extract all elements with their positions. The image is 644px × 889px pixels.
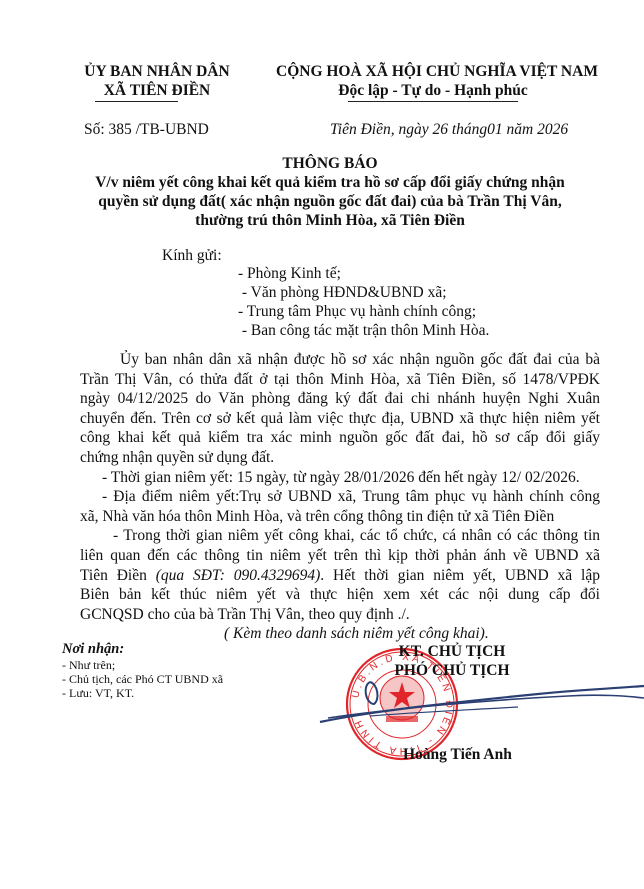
posting-place: xã, Nhà văn hóa thôn Minh Hòa, và trên c… — [80, 507, 600, 527]
signer-title-2: PHÓ CHỦ TỊCH — [372, 661, 532, 680]
national-motto: CỘNG HOÀ XÃ HỘI CHỦ NGHĨA VIỆT NAM Độc l… — [276, 62, 590, 100]
body-line: GCNQSD cho của bà Trần Thị Vân, theo quy… — [80, 605, 600, 625]
handwritten-signature-icon — [318, 680, 644, 730]
body-line: công khai kết quả kiểm tra xác minh nguồ… — [80, 428, 600, 448]
agency-line-2: XÃ TIÊN ĐIỀN — [72, 81, 242, 100]
body-line: Biên bản kết thúc niêm yết và thực hiện … — [80, 585, 600, 605]
agency-underline — [95, 101, 178, 102]
recipient-item: - Ban công tác mặt trận thôn Minh Hòa. — [238, 321, 489, 340]
signer-name: Hoàng Tiến Anh — [403, 746, 512, 764]
agency-line-1: ỦY BAN NHÂN DÂN — [72, 62, 242, 81]
body-line: Ủy ban nhân dân xã nhận được hồ sơ xác n… — [80, 350, 600, 370]
body-line: ngày 04/12/2025 do Văn phòng đăng ký đất… — [80, 389, 600, 409]
motto-underline — [348, 101, 518, 102]
recipients-label: Kính gửi: — [162, 246, 222, 266]
posting-time: - Thời gian niêm yết: 15 ngày, từ ngày 2… — [80, 468, 600, 488]
nation-line-1: CỘNG HOÀ XÃ HỘI CHỦ NGHĨA VIỆT NAM — [276, 62, 590, 81]
body-paragraph-1: Ủy ban nhân dân xã nhận được hồ sơ xác n… — [80, 350, 600, 644]
body-line: chứng nhận quyền sử dụng đất. — [80, 448, 600, 468]
distribution-item: - Lưu: VT, KT. — [62, 686, 223, 700]
body-line: liên quan đến các thông tin niêm yết trê… — [80, 546, 600, 566]
title-main: THÔNG BÁO — [50, 154, 610, 173]
hotline-phone: (qua SĐT: 090.4329694) — [156, 567, 321, 584]
body-text: . Hết thời gian niêm yết, UBND xã lập — [320, 567, 600, 584]
document-title: THÔNG BÁO V/v niêm yết công khai kết quả… — [50, 154, 610, 230]
subject-line: thường trú thôn Minh Hòa, xã Tiên Điền — [50, 211, 610, 230]
distribution-item: - Như trên; — [62, 658, 223, 672]
subject-line: V/v niêm yết công khai kết quả kiểm tra … — [50, 173, 610, 192]
subject-line: quyền sử dụng đất( xác nhận nguồn gốc đấ… — [50, 192, 610, 211]
body-text: Tiên Điền — [80, 567, 156, 584]
signature-block: KT. CHỦ TỊCH PHÓ CHỦ TỊCH — [372, 642, 532, 680]
nation-line-2: Độc lập - Tự do - Hạnh phúc — [276, 81, 590, 100]
recipient-item: - Phòng Kinh tế; — [238, 264, 489, 283]
body-line: Trần Thị Vân, có thửa đất ở tại thôn Min… — [80, 370, 600, 390]
body-line: chuyển đến. Trên cơ sở kết quả làm việc … — [80, 409, 600, 429]
recipient-item: - Văn phòng HĐND&UBND xã; — [238, 283, 489, 302]
recipient-item: - Trung tâm Phục vụ hành chính công; — [238, 302, 489, 321]
distribution-label: Nơi nhận: — [62, 640, 223, 658]
signer-title-1: KT. CHỦ TỊCH — [372, 642, 532, 661]
recipients-list: - Phòng Kinh tế; - Văn phòng HĐND&UBND x… — [238, 264, 489, 340]
place-date: Tiên Điền, ngày 26 tháng01 năm 2026 — [330, 120, 568, 140]
posting-place: - Địa điểm niêm yết:Trụ sở UBND xã, Trun… — [80, 487, 600, 507]
issuing-agency: ỦY BAN NHÂN DÂN XÃ TIÊN ĐIỀN — [72, 62, 242, 100]
distribution-list: Nơi nhận: - Như trên; - Chủ tịch, các Ph… — [62, 640, 223, 700]
document-number: Số: 385 /TB-UBND — [84, 120, 209, 140]
body-line: - Trong thời gian niêm yết công khai, cá… — [80, 526, 600, 546]
distribution-item: - Chủ tịch, các Phó CT UBND xã — [62, 672, 223, 686]
body-line: Tiên Điền (qua SĐT: 090.4329694). Hết th… — [80, 566, 600, 586]
